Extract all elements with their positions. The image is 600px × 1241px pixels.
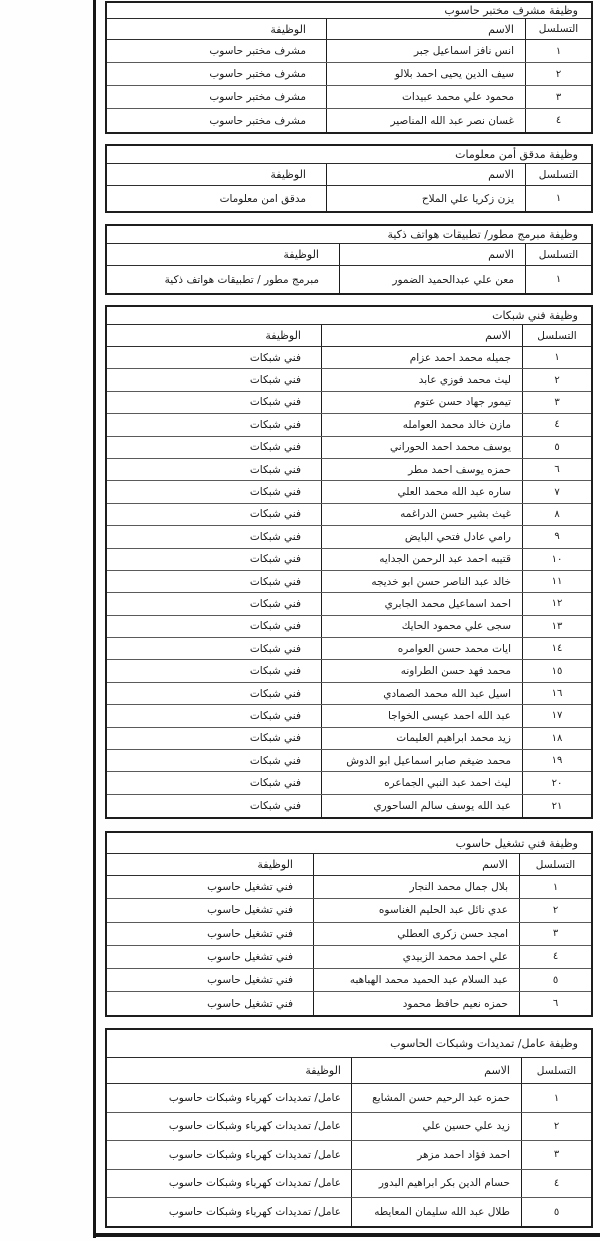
name-cell: زيد علي حسين علي	[351, 1113, 522, 1140]
job-cell: فني شبكات	[107, 660, 321, 681]
table-row: ٣محمود علي محمد عبيداتمشرف مختبر حاسوب	[107, 86, 591, 109]
table-row: ٢عدي نائل عبد الحليم الغناسوهفني تشغيل ح…	[107, 899, 591, 922]
name-cell: علي احمد محمد الزبيدي	[313, 946, 520, 968]
job-cell: مشرف مختبر حاسوب	[107, 40, 326, 62]
serial-cell: ٣	[523, 392, 591, 413]
serial-cell: ٢	[520, 899, 591, 921]
serial-cell: ١	[526, 266, 591, 293]
name-cell: زيد محمد ابراهيم العليمات	[321, 728, 523, 749]
col-header-serial: التسلسل	[526, 244, 591, 265]
position-table: وظيفة مشرف مختبر حاسوبالتسلسلالاسمالوظيف…	[105, 1, 593, 134]
job-cell: فني شبكات	[107, 593, 321, 614]
name-cell: محمود علي محمد عبيدات	[326, 86, 526, 108]
job-cell: عامل/ تمديدات كهرباء وشبكات حاسوب	[107, 1113, 351, 1140]
table-row: ١حمزه عبد الرحيم حسن المشايععامل/ تمديدا…	[107, 1084, 591, 1112]
col-header-job: الوظيفة	[107, 244, 339, 265]
job-cell: فني شبكات	[107, 437, 321, 458]
job-cell: فني تشغيل حاسوب	[107, 969, 313, 991]
table-title: وظيفة مشرف مختبر حاسوب	[107, 3, 591, 19]
table-row: ٩رامي عادل فتحي البايضفني شبكات	[107, 526, 591, 548]
serial-cell: ٢١	[523, 795, 591, 817]
table-row: ١يزن زكريا علي الملاحمدقق امن معلومات	[107, 186, 591, 211]
table-row: ٤مازن خالد محمد العواملهفني شبكات	[107, 414, 591, 436]
name-cell: ليث احمد عبد النبي الجماعره	[321, 772, 523, 793]
serial-cell: ٢	[523, 369, 591, 390]
job-cell: عامل/ تمديدات كهرباء وشبكات حاسوب	[107, 1170, 351, 1197]
col-header-name: الاسم	[339, 244, 526, 265]
table-row: ١١خالد عبد الناصر حسن ابو خديجهفني شبكات	[107, 571, 591, 593]
job-cell: فني شبكات	[107, 571, 321, 592]
name-cell: جميله محمد احمد عزام	[321, 347, 523, 368]
job-cell: فني شبكات	[107, 705, 321, 726]
table-header-row: التسلسلالاسمالوظيفة	[107, 854, 591, 876]
job-cell: فني شبكات	[107, 750, 321, 771]
job-cell: فني شبكات	[107, 481, 321, 502]
table-row: ١٧عبد الله احمد عيسى الخواجافني شبكات	[107, 705, 591, 727]
serial-cell: ٨	[523, 504, 591, 525]
page-frame-left-border	[93, 0, 96, 1238]
table-row: ١انس نافز اسماعيل جبرمشرف مختبر حاسوب	[107, 40, 591, 63]
table-row: ١٣سجى علي محمود الحايكفني شبكات	[107, 616, 591, 638]
table-title: وظيفة فني تشغيل حاسوب	[107, 833, 591, 854]
serial-cell: ٩	[523, 526, 591, 547]
serial-cell: ١	[522, 1084, 591, 1111]
name-cell: سيف الدين يحيى احمد بلالو	[326, 63, 526, 85]
name-cell: ليث محمد فوزي عابد	[321, 369, 523, 390]
serial-cell: ١٤	[523, 638, 591, 659]
name-cell: محمد ضيغم صابر اسماعيل ابو الدوش	[321, 750, 523, 771]
table-title: وظيفة مبرمج مطور/ تطبيقات هواتف ذكية	[107, 226, 591, 244]
serial-cell: ١١	[523, 571, 591, 592]
col-header-name: الاسم	[351, 1058, 522, 1083]
job-cell: عامل/ تمديدات كهرباء وشبكات حاسوب	[107, 1198, 351, 1226]
job-cell: فني شبكات	[107, 549, 321, 570]
table-row: ١٤ايات محمد حسن العوامرهفني شبكات	[107, 638, 591, 660]
name-cell: طلال عبد الله سليمان المعايطه	[351, 1198, 522, 1226]
table-row: ٤غسان نصر عبد الله المناصيرمشرف مختبر حا…	[107, 109, 591, 132]
name-cell: حسام الدين بكر ابراهيم البدور	[351, 1170, 522, 1197]
name-cell: احمد اسماعيل محمد الجابري	[321, 593, 523, 614]
col-header-serial: التسلسل	[526, 164, 591, 185]
table-row: ١٢احمد اسماعيل محمد الجابريفني شبكات	[107, 593, 591, 615]
position-table: وظيفة عامل/ تمديدات وشبكات الحاسوبالتسلس…	[105, 1028, 593, 1228]
name-cell: امجد حسن زكرى العطلي	[313, 923, 520, 945]
serial-cell: ١٦	[523, 683, 591, 704]
serial-cell: ٥	[522, 1198, 591, 1226]
name-cell: ساره عبد الله محمد العلي	[321, 481, 523, 502]
job-cell: فني شبكات	[107, 392, 321, 413]
table-row: ١٩محمد ضيغم صابر اسماعيل ابو الدوشفني شب…	[107, 750, 591, 772]
name-cell: مازن خالد محمد العوامله	[321, 414, 523, 435]
table-row: ٨غيث بشير حسن الدراغمهفني شبكات	[107, 504, 591, 526]
table-header-row: التسلسلالاسمالوظيفة	[107, 1058, 591, 1084]
name-cell: حمزه نعيم حافظ محمود	[313, 992, 520, 1015]
table-row: ٣امجد حسن زكرى العطليفني تشغيل حاسوب	[107, 923, 591, 946]
col-header-job: الوظيفة	[107, 164, 326, 185]
table-title: وظيفة مدقق أمن معلومات	[107, 146, 591, 164]
col-header-job: الوظيفة	[107, 1058, 351, 1083]
serial-cell: ١	[526, 186, 591, 211]
table-row: ٢زيد علي حسين عليعامل/ تمديدات كهرباء وش…	[107, 1113, 591, 1141]
name-cell: ايات محمد حسن العوامره	[321, 638, 523, 659]
job-cell: فني تشغيل حاسوب	[107, 923, 313, 945]
serial-cell: ٦	[523, 459, 591, 480]
serial-cell: ٧	[523, 481, 591, 502]
table-header-row: التسلسلالاسمالوظيفة	[107, 325, 591, 347]
col-header-serial: التسلسل	[523, 325, 591, 346]
table-row: ١٦اسيل عبد الله محمد الصماديفني شبكات	[107, 683, 591, 705]
serial-cell: ٣	[520, 923, 591, 945]
job-cell: فني تشغيل حاسوب	[107, 899, 313, 921]
name-cell: انس نافز اسماعيل جبر	[326, 40, 526, 62]
name-cell: حمزه يوسف احمد مطر	[321, 459, 523, 480]
table-title: وظيفة عامل/ تمديدات وشبكات الحاسوب	[107, 1030, 591, 1058]
serial-cell: ٤	[526, 109, 591, 132]
table-row: ٢سيف الدين يحيى احمد بلالومشرف مختبر حاس…	[107, 63, 591, 86]
name-cell: معن علي عبدالحميد الضمور	[339, 266, 526, 293]
serial-cell: ٣	[526, 86, 591, 108]
table-row: ١بلال جمال محمد النجارفني تشغيل حاسوب	[107, 876, 591, 899]
serial-cell: ٤	[520, 946, 591, 968]
table-row: ٥طلال عبد الله سليمان المعايطهعامل/ تمدي…	[107, 1198, 591, 1226]
serial-cell: ٦	[520, 992, 591, 1015]
name-cell: محمد فهد حسن الطراونه	[321, 660, 523, 681]
col-header-serial: التسلسل	[526, 19, 591, 39]
job-cell: مدقق امن معلومات	[107, 186, 326, 211]
col-header-name: الاسم	[321, 325, 523, 346]
table-row: ٧ساره عبد الله محمد العليفني شبكات	[107, 481, 591, 503]
job-cell: فني شبكات	[107, 526, 321, 547]
col-header-job: الوظيفة	[107, 325, 321, 346]
job-cell: مشرف مختبر حاسوب	[107, 109, 326, 132]
job-cell: فني شبكات	[107, 414, 321, 435]
table-header-row: التسلسلالاسمالوظيفة	[107, 19, 591, 40]
name-cell: بلال جمال محمد النجار	[313, 876, 520, 898]
col-header-name: الاسم	[313, 854, 520, 875]
table-row: ٥يوسف محمد احمد الحورانيفني شبكات	[107, 437, 591, 459]
serial-cell: ١	[526, 40, 591, 62]
table-title: وظيفة فني شبكات	[107, 307, 591, 325]
col-header-name: الاسم	[326, 164, 526, 185]
position-table: وظيفة فني تشغيل حاسوبالتسلسلالاسمالوظيفة…	[105, 831, 593, 1017]
serial-cell: ١٨	[523, 728, 591, 749]
name-cell: غسان نصر عبد الله المناصير	[326, 109, 526, 132]
table-row: ٤علي احمد محمد الزبيديفني تشغيل حاسوب	[107, 946, 591, 969]
job-cell: فني شبكات	[107, 795, 321, 817]
col-header-serial: التسلسل	[522, 1058, 591, 1083]
name-cell: تيمور جهاد حسن عتوم	[321, 392, 523, 413]
serial-cell: ٥	[523, 437, 591, 458]
table-row: ١٠قتيبه احمد عبد الرحمن الجدايهفني شبكات	[107, 549, 591, 571]
job-cell: مبرمج مطور / تطبيقات هواتف ذكية	[107, 266, 339, 293]
position-table: وظيفة مدقق أمن معلوماتالتسلسلالاسمالوظيف…	[105, 144, 593, 213]
table-header-row: التسلسلالاسمالوظيفة	[107, 244, 591, 266]
name-cell: حمزه عبد الرحيم حسن المشايع	[351, 1084, 522, 1111]
name-cell: سجى علي محمود الحايك	[321, 616, 523, 637]
page-frame-bottom-border	[93, 1233, 600, 1237]
name-cell: اسيل عبد الله محمد الصمادي	[321, 683, 523, 704]
serial-cell: ١٧	[523, 705, 591, 726]
job-cell: فني تشغيل حاسوب	[107, 946, 313, 968]
job-cell: عامل/ تمديدات كهرباء وشبكات حاسوب	[107, 1141, 351, 1168]
table-row: ١معن علي عبدالحميد الضمورمبرمج مطور / تط…	[107, 266, 591, 293]
job-cell: فني تشغيل حاسوب	[107, 992, 313, 1015]
serial-cell: ٢	[522, 1113, 591, 1140]
serial-cell: ٢	[526, 63, 591, 85]
name-cell: يزن زكريا علي الملاح	[326, 186, 526, 211]
name-cell: خالد عبد الناصر حسن ابو خديجه	[321, 571, 523, 592]
name-cell: قتيبه احمد عبد الرحمن الجدايه	[321, 549, 523, 570]
job-cell: فني شبكات	[107, 638, 321, 659]
job-cell: عامل/ تمديدات كهرباء وشبكات حاسوب	[107, 1084, 351, 1111]
name-cell: رامي عادل فتحي البايض	[321, 526, 523, 547]
job-cell: فني شبكات	[107, 459, 321, 480]
serial-cell: ١٣	[523, 616, 591, 637]
job-cell: فني شبكات	[107, 504, 321, 525]
serial-cell: ١٥	[523, 660, 591, 681]
table-row: ٦حمزه يوسف احمد مطرفني شبكات	[107, 459, 591, 481]
scanned-document-page: وظيفة مشرف مختبر حاسوبالتسلسلالاسمالوظيف…	[0, 0, 600, 1241]
serial-cell: ٣	[522, 1141, 591, 1168]
table-row: ١٨زيد محمد ابراهيم العليماتفني شبكات	[107, 728, 591, 750]
serial-cell: ٤	[522, 1170, 591, 1197]
table-row: ٢٠ليث احمد عبد النبي الجماعرهفني شبكات	[107, 772, 591, 794]
table-row: ٤حسام الدين بكر ابراهيم البدورعامل/ تمدي…	[107, 1170, 591, 1198]
table-row: ٢١عبد الله يوسف سالم الساحوريفني شبكات	[107, 795, 591, 817]
job-cell: فني تشغيل حاسوب	[107, 876, 313, 898]
name-cell: عدي نائل عبد الحليم الغناسوه	[313, 899, 520, 921]
name-cell: عبد الله يوسف سالم الساحوري	[321, 795, 523, 817]
serial-cell: ٢٠	[523, 772, 591, 793]
job-cell: فني شبكات	[107, 347, 321, 368]
col-header-serial: التسلسل	[520, 854, 591, 875]
serial-cell: ٥	[520, 969, 591, 991]
col-header-job: الوظيفة	[107, 854, 313, 875]
job-cell: مشرف مختبر حاسوب	[107, 86, 326, 108]
position-table: وظيفة مبرمج مطور/ تطبيقات هواتف ذكيةالتس…	[105, 224, 593, 295]
name-cell: يوسف محمد احمد الحوراني	[321, 437, 523, 458]
name-cell: غيث بشير حسن الدراغمه	[321, 504, 523, 525]
table-row: ١٥محمد فهد حسن الطراونهفني شبكات	[107, 660, 591, 682]
job-cell: فني شبكات	[107, 369, 321, 390]
job-cell: مشرف مختبر حاسوب	[107, 63, 326, 85]
serial-cell: ١٠	[523, 549, 591, 570]
job-cell: فني شبكات	[107, 728, 321, 749]
name-cell: عبد السلام عبد الحميد محمد الهباهبه	[313, 969, 520, 991]
job-cell: فني شبكات	[107, 772, 321, 793]
serial-cell: ١	[523, 347, 591, 368]
table-row: ٢ليث محمد فوزي عابدفني شبكات	[107, 369, 591, 391]
position-table: وظيفة فني شبكاتالتسلسلالاسمالوظيفة١جميله…	[105, 305, 593, 819]
serial-cell: ١٢	[523, 593, 591, 614]
job-cell: فني شبكات	[107, 683, 321, 704]
col-header-job: الوظيفة	[107, 19, 326, 39]
name-cell: عبد الله احمد عيسى الخواجا	[321, 705, 523, 726]
job-cell: فني شبكات	[107, 616, 321, 637]
table-row: ١جميله محمد احمد عزامفني شبكات	[107, 347, 591, 369]
serial-cell: ٤	[523, 414, 591, 435]
serial-cell: ١	[520, 876, 591, 898]
serial-cell: ١٩	[523, 750, 591, 771]
table-row: ٦حمزه نعيم حافظ محمودفني تشغيل حاسوب	[107, 992, 591, 1015]
table-row: ٣احمد فؤاد احمد مزهرعامل/ تمديدات كهرباء…	[107, 1141, 591, 1169]
table-row: ٣تيمور جهاد حسن عتومفني شبكات	[107, 392, 591, 414]
job-roster-tables: وظيفة مشرف مختبر حاسوبالتسلسلالاسمالوظيف…	[105, 1, 593, 1228]
name-cell: احمد فؤاد احمد مزهر	[351, 1141, 522, 1168]
col-header-name: الاسم	[326, 19, 526, 39]
table-row: ٥عبد السلام عبد الحميد محمد الهباهبهفني …	[107, 969, 591, 992]
table-header-row: التسلسلالاسمالوظيفة	[107, 164, 591, 186]
